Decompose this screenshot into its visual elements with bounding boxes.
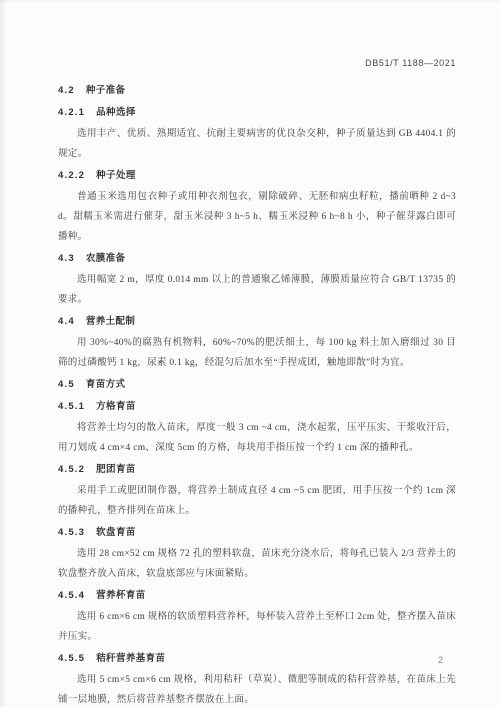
section-title: 种子处理: [96, 170, 136, 181]
standard-number-header: DB51/T 1188—2021: [58, 57, 456, 69]
section-title: 方格育苗: [96, 401, 136, 412]
section-number: 4.2.1: [58, 107, 85, 118]
section-title: 种子准备: [86, 85, 126, 96]
paragraph: 选用丰产、优质、熟期适宜、抗耐主要病害的优良杂交种，种子质量达到 GB 4404…: [58, 124, 456, 164]
section-number: 4.4: [58, 316, 75, 327]
paragraph: 选用 6 cm×6 cm 规格的软质塑料营养杯，每杯装入营养土至杯口 2cm 处…: [58, 607, 456, 647]
section-title: 育苗方式: [86, 379, 126, 390]
section-title: 品种选择: [96, 107, 136, 118]
section-title: 营养土配制: [86, 316, 136, 327]
section-number: 4.2: [58, 85, 75, 96]
section-heading-4.2.2: 4.2.2种子处理: [58, 166, 456, 186]
section-heading-4.5.3: 4.5.3软盘育苗: [58, 523, 456, 543]
section-heading-4.4: 4.4营养土配制: [58, 312, 456, 332]
section-heading-4.2.1: 4.2.1品种选择: [58, 103, 456, 123]
section-heading-4.5.4: 4.5.4营养杯育苗: [58, 586, 456, 606]
section-number: 4.5.1: [58, 401, 85, 412]
section-title: 农膜准备: [86, 253, 126, 264]
page-number: 2: [438, 655, 443, 665]
section-heading-4.5.1: 4.5.1方格育苗: [58, 397, 456, 417]
section-number: 4.5.4: [58, 590, 85, 601]
paragraph: 选用幅宽 2 m，厚度 0.014 mm 以上的普通聚乙烯薄膜，薄膜质量应符合 …: [58, 270, 456, 310]
sections: 4.2种子准备4.2.1品种选择选用丰产、优质、熟期适宜、抗耐主要病害的优良杂交…: [58, 81, 456, 707]
section-number: 4.5.5: [58, 653, 85, 664]
section-title: 软盘育苗: [96, 527, 136, 538]
section-number: 4.5.2: [58, 464, 85, 475]
document-page: DB51/T 1188—2021 4.2种子准备4.2.1品种选择选用丰产、优质…: [0, 0, 500, 707]
section-heading-4.5: 4.5育苗方式: [58, 375, 456, 395]
paragraph: 采用手工或肥团制作器，将营养土制成直径 4 cm ~5 cm 肥团，用手压按一个…: [58, 481, 456, 521]
section-number: 4.5: [58, 379, 75, 390]
section-heading-4.5.2: 4.5.2肥团育苗: [58, 460, 456, 480]
paragraph: 用 30%~40%的腐熟有机物料，60%~70%的肥沃细土，每 100 kg 料…: [58, 333, 456, 373]
paragraph: 选用 5 cm×5 cm×6 cm 规格，利用秸秆（草炭）、微肥等制成的秸秆营养…: [58, 670, 456, 707]
section-number: 4.3: [58, 253, 75, 264]
paragraph: 选用 28 cm×52 cm 规格 72 孔的塑料软盘，苗床充分浇水后，将每孔已…: [58, 544, 456, 584]
section-heading-4.5.5: 4.5.5秸秆营养基育苗: [58, 649, 456, 669]
document-body: 4.2种子准备4.2.1品种选择选用丰产、优质、熟期适宜、抗耐主要病害的优良杂交…: [58, 81, 456, 707]
paragraph: 将营养土均匀的散入苗床，厚度一般 3 cm ~4 cm，浇水起浆，压平压实、干浆…: [58, 418, 456, 458]
section-title: 营养杯育苗: [96, 590, 146, 601]
section-number: 4.2.2: [58, 170, 85, 181]
section-number: 4.5.3: [58, 527, 85, 538]
section-title: 秸秆营养基育苗: [96, 653, 165, 664]
section-heading-4.2: 4.2种子准备: [58, 81, 456, 101]
section-heading-4.3: 4.3农膜准备: [58, 249, 456, 269]
paragraph: 普通玉米选用包衣种子或用种衣剂包衣，剔除破碎、无胚和病虫籽粒，播前晒种 2 d~…: [58, 187, 456, 247]
section-title: 肥团育苗: [96, 464, 136, 475]
